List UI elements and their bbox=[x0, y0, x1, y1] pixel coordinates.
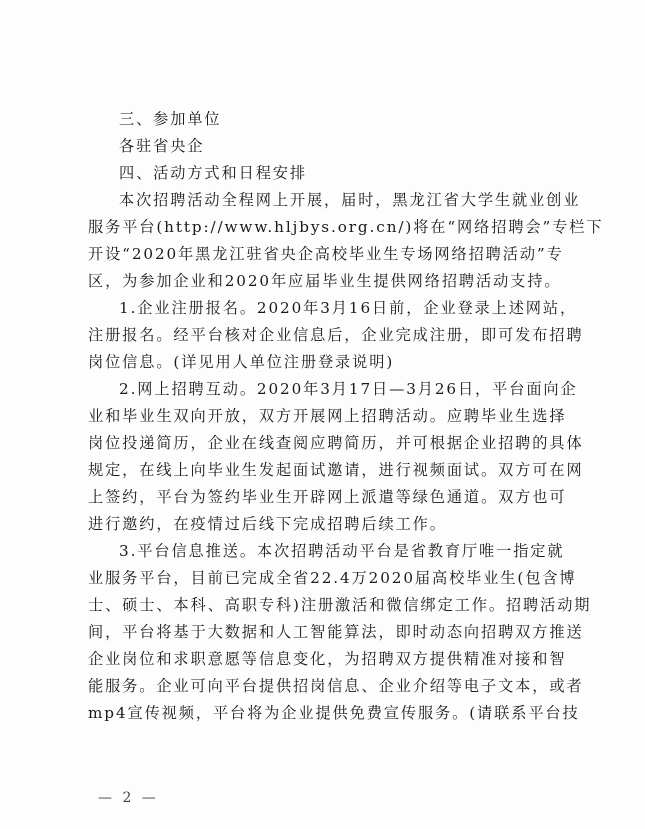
paragraph-line: 进行邀约，在疫情过后线下完成招聘后续工作。 bbox=[88, 511, 558, 538]
paragraph-line: 上签约，平台为签约毕业生开辟网上派遣等绿色通道。双方也可 bbox=[88, 484, 558, 511]
paragraph-line: 业和毕业生双向开放，双方开展网上招聘活动。应聘毕业生选择 bbox=[88, 403, 558, 430]
document-body: 三、参加单位 各驻省央企 四、活动方式和日程安排 本次招聘活动全程网上开展，届时… bbox=[88, 106, 558, 727]
paragraph-line: 开设“2020年黑龙江驻省央企高校毕业生专场网络招聘活动”专 bbox=[88, 241, 558, 268]
paragraph-line: mp4宣传视频，平台将为企业提供免费宣传服务。(请联系平台技 bbox=[88, 700, 558, 727]
item-3-platform-push: 3.平台信息推送。本次招聘活动平台是省教育厅唯一指定就 bbox=[88, 538, 558, 565]
paragraph-line: 岗位投递简历，企业在线查阅应聘简历，并可根据企业招聘的具体 bbox=[88, 430, 558, 457]
page-number: — 2 — bbox=[98, 790, 159, 806]
paragraph-line: 企业岗位和求职意愿等信息变化，为招聘双方提供精准对接和智 bbox=[88, 646, 558, 673]
item-2-online-interaction: 2.网上招聘互动。2020年3月17日—3月26日，平台面向企 bbox=[88, 376, 558, 403]
paragraph-line: 间，平台将基于大数据和人工智能算法，即时动态向招聘双方推送 bbox=[88, 619, 558, 646]
section-heading-participants: 三、参加单位 bbox=[88, 106, 558, 133]
paragraph-line: 服务平台(http://www.hljbys.org.cn/)将在“网络招聘会”… bbox=[88, 214, 558, 241]
paragraph-line: 业服务平台，目前已完成全省22.4万2020届高校毕业生(包含博 bbox=[88, 565, 558, 592]
paragraph-line: 本次招聘活动全程网上开展，届时，黑龙江省大学生就业创业 bbox=[88, 187, 558, 214]
paragraph-line: 岗位信息。(详见用人单位注册登录说明) bbox=[88, 349, 558, 376]
paragraph-line: 能服务。企业可向平台提供招岗信息、企业介绍等电子文本，或者 bbox=[88, 673, 558, 700]
section-heading-schedule: 四、活动方式和日程安排 bbox=[88, 160, 558, 187]
item-1-registration: 1.企业注册报名。2020年3月16日前，企业登录上述网站， bbox=[88, 295, 558, 322]
paragraph-line: 士、硕士、本科、高职专科)注册激活和微信绑定工作。招聘活动期 bbox=[88, 592, 558, 619]
paragraph-line: 区，为参加企业和2020年应届毕业生提供网络招聘活动支持。 bbox=[88, 268, 558, 295]
paragraph-line: 注册报名。经平台核对企业信息后，企业完成注册，即可发布招聘 bbox=[88, 322, 558, 349]
participants-text: 各驻省央企 bbox=[88, 133, 558, 160]
document-page: 三、参加单位 各驻省央企 四、活动方式和日程安排 本次招聘活动全程网上开展，届时… bbox=[0, 0, 645, 829]
paragraph-line: 规定，在线上向毕业生发起面试邀请，进行视频面试。双方可在网 bbox=[88, 457, 558, 484]
